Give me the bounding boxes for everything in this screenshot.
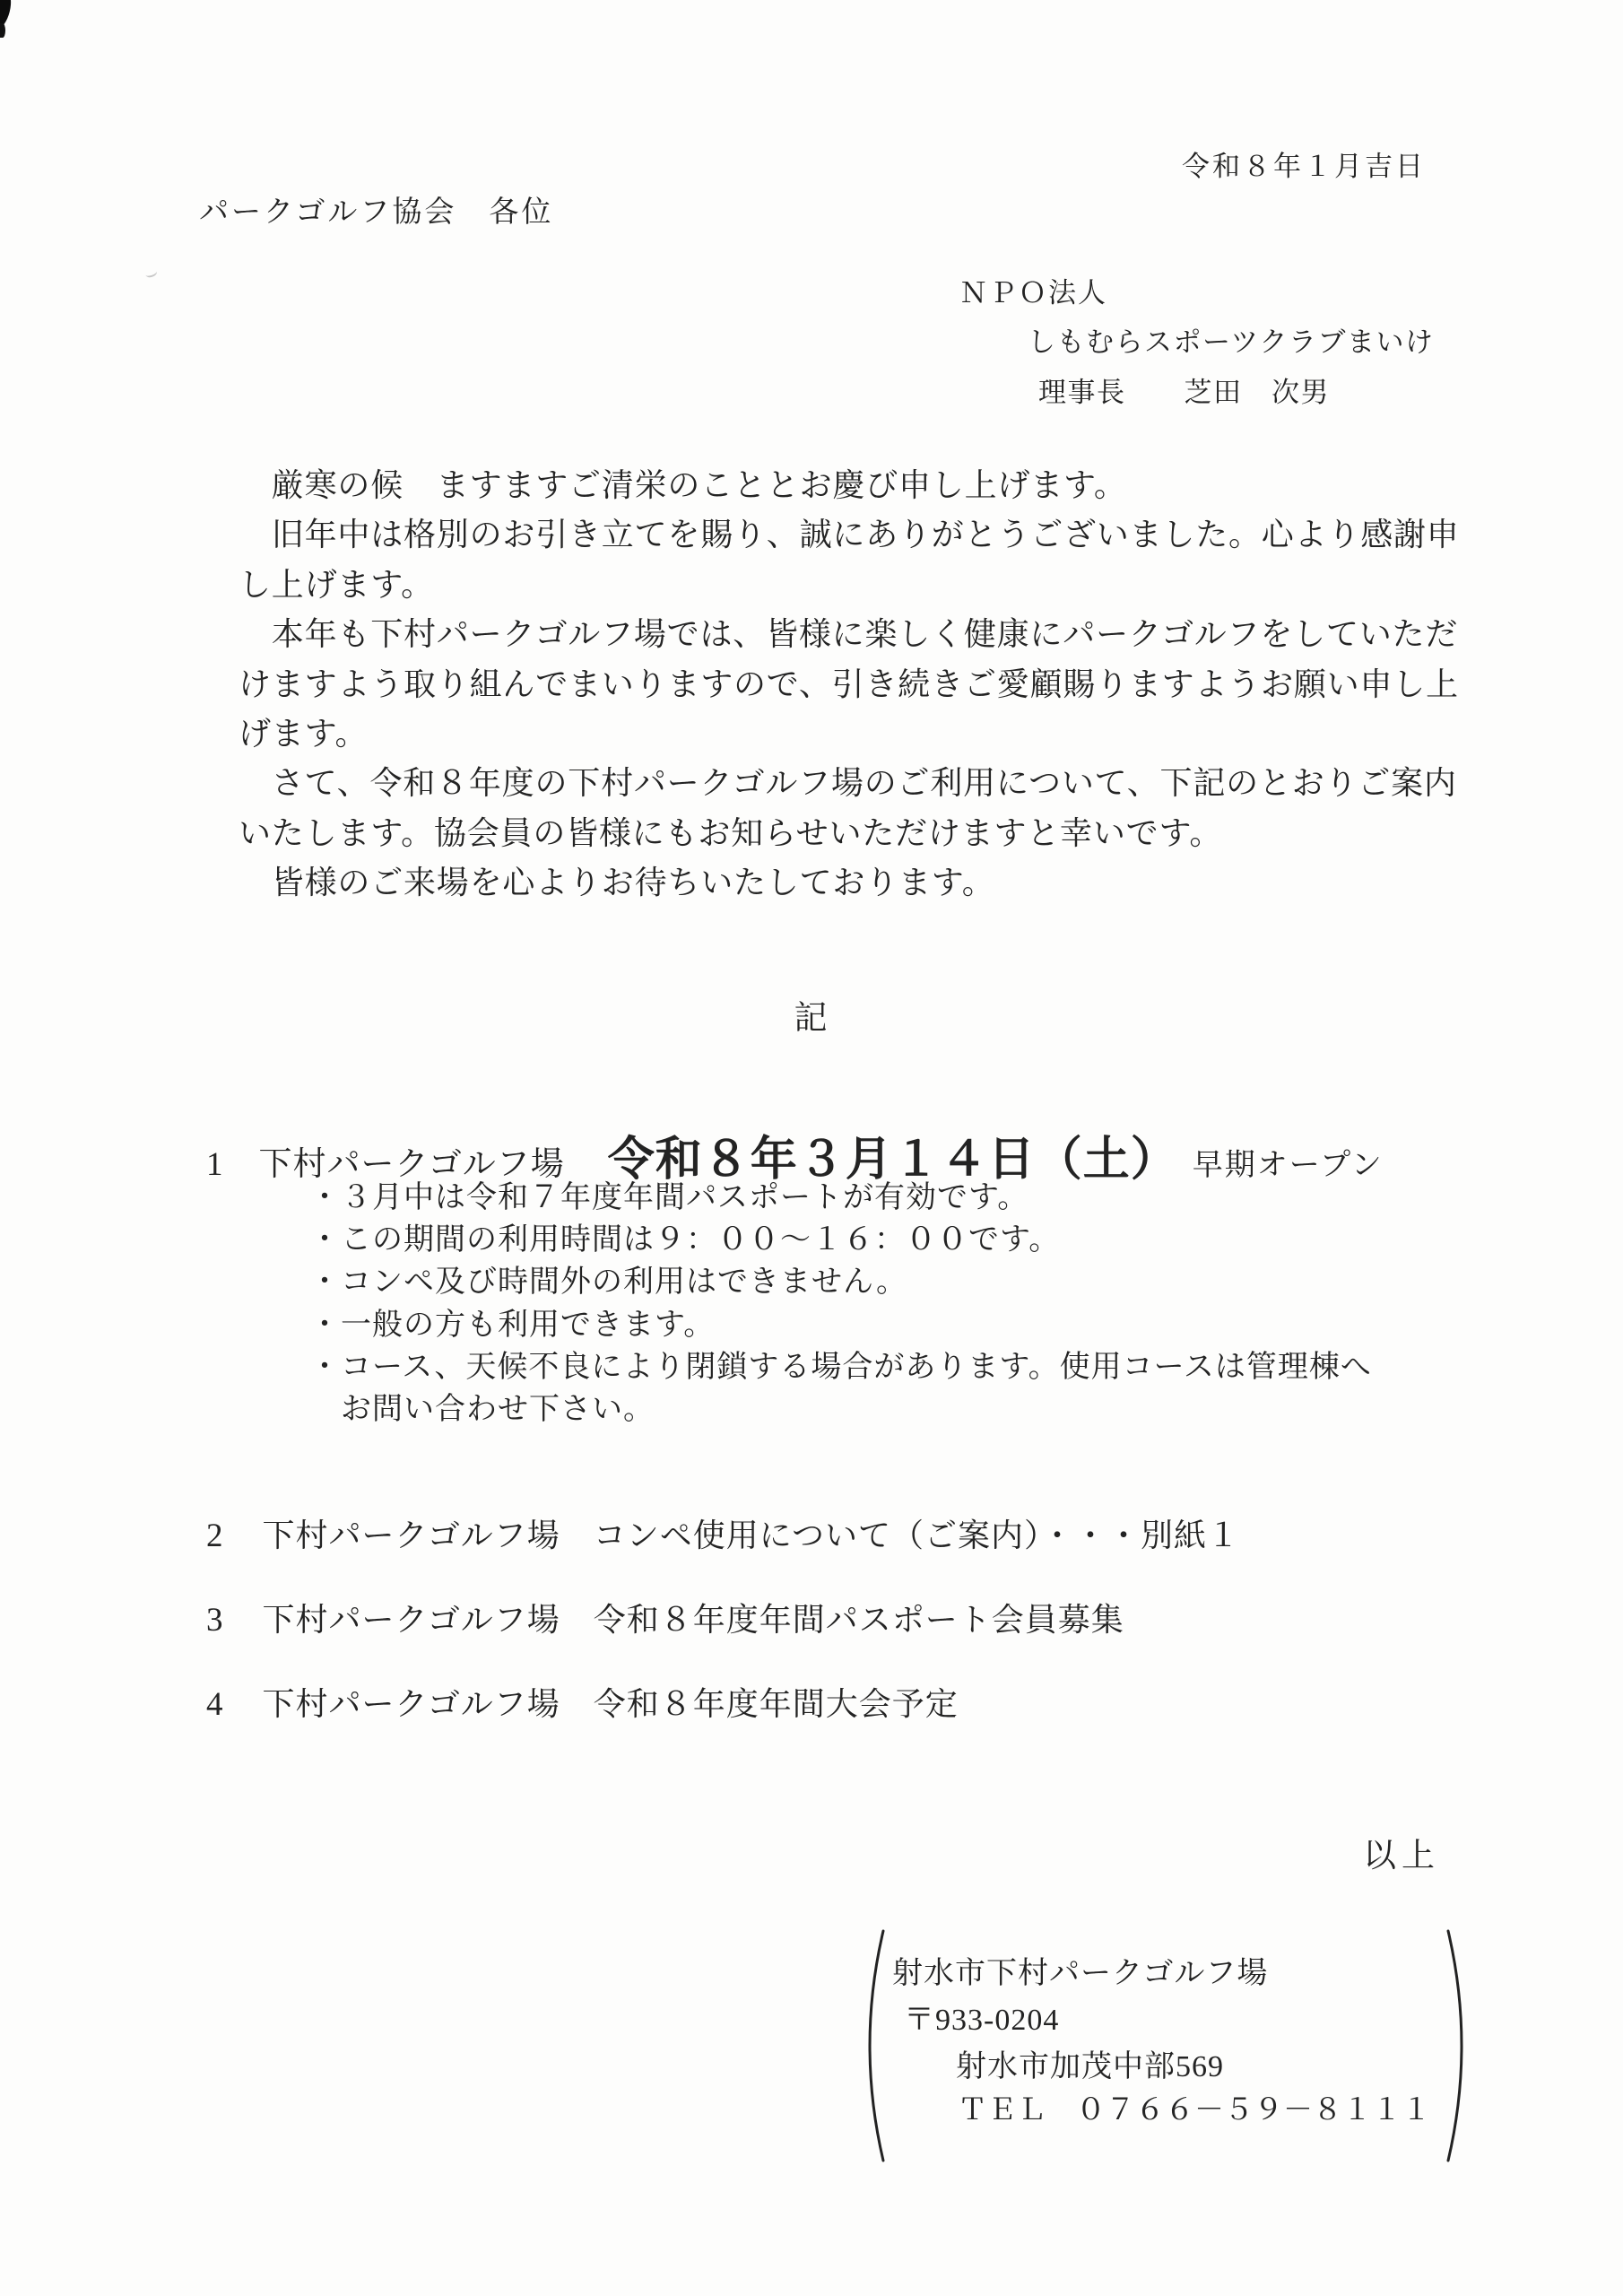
scan-artifact-squiggle	[144, 267, 158, 279]
item-number: 2	[206, 1517, 223, 1555]
list-item-4: 4 下村パークゴルフ場 令和８年度年間大会予定	[206, 1679, 959, 1725]
scan-artifact-corner	[0, 23, 5, 38]
note-line: ・一般の方も利用できます。	[309, 1304, 1372, 1346]
item-number: 4	[206, 1685, 223, 1724]
list-item-3: 3 下村パークゴルフ場 令和８年度年間パスポート会員募集	[206, 1595, 1124, 1640]
bracket-right	[1444, 1928, 1480, 2163]
note-line: ・３月中は令和７年度年間パスポートが有効です。	[309, 1177, 1372, 1219]
note-line: お問い合わせ下さい。	[309, 1388, 1372, 1431]
body-line: いたします。協会員の皆様にもお知らせいただけますと幸いです。	[239, 809, 1471, 858]
sender-representative: 理事長 芝田 次男	[1038, 370, 1330, 410]
body-line: さて、令和８年度の下村パークゴルフ場のご利用について、下記のとおりご案内	[239, 759, 1471, 808]
body-line: 皆様のご来場を心よりお待ちいたしております。	[239, 858, 1471, 908]
item-text: 下村パークゴルフ場 令和８年度年間大会予定	[263, 1679, 959, 1725]
record-marker: 記	[0, 990, 1623, 1039]
bracket-left	[852, 1928, 888, 2163]
contact-telephone: ＴＥＬ ０７６６－５９－８１１１	[958, 2086, 1431, 2128]
closing-text: 以上	[1363, 1828, 1440, 1876]
sender-org-name: しもむらスポーツクラブまいけ	[1028, 319, 1434, 360]
body-line: げます。	[239, 709, 1471, 759]
body-line: 本年も下村パークゴルフ場では、皆様に楽しく健康にパークゴルフをしていただ	[239, 610, 1471, 659]
body-line: し上げます。	[239, 561, 1471, 610]
item-1-notes: ・３月中は令和７年度年間パスポートが有効です。 ・この期間の利用時間は９：００～…	[309, 1177, 1372, 1431]
contact-address: 射水市加茂中部569	[956, 2041, 1224, 2085]
recipient-line: パークゴルフ協会 各位	[199, 188, 553, 230]
letter-body: 厳寒の候 ますますご清栄のこととお慶び申し上げます。 旧年中は格別のお引き立てを…	[239, 461, 1471, 909]
sender-org-type: ＮＰＯ法人	[959, 270, 1107, 310]
note-line: ・コンペ及び時間外の利用はできません。	[309, 1261, 1372, 1303]
contact-name: 射水市下村パークゴルフ場	[892, 1948, 1268, 1992]
list-item-2: 2 下村パークゴルフ場 コンペ使用について（ご案内）・・・別紙１	[206, 1510, 1240, 1556]
body-line: 旧年中は格別のお引き立てを賜り、誠にありがとうございました。心より感謝申	[239, 510, 1471, 560]
item-number: 1	[206, 1145, 223, 1184]
contact-postal-code: 〒933-0204	[904, 1995, 1059, 2039]
note-line: ・この期間の利用時間は９：００～１６：００です。	[309, 1219, 1372, 1261]
document-page: 令和８年１月吉日 パークゴルフ協会 各位 ＮＰＯ法人 しもむらスポーツクラブまい…	[0, 0, 1623, 2296]
body-line: けますよう取り組んでまいりますので、引き続きご愛顧賜りますようお願い申し上	[239, 660, 1471, 709]
item-number: 3	[206, 1601, 223, 1639]
item-text: 下村パークゴルフ場 コンペ使用について（ご案内）・・・別紙１	[263, 1510, 1241, 1556]
contact-card: 射水市下村パークゴルフ場 〒933-0204 射水市加茂中部569 ＴＥＬ ０７…	[852, 1928, 1480, 2163]
note-line: ・コース、天候不良により閉鎖する場合があります。使用コースは管理棟へ	[309, 1346, 1372, 1388]
item-text: 下村パークゴルフ場 令和８年度年間パスポート会員募集	[263, 1595, 1124, 1640]
body-line: 厳寒の候 ますますご清栄のこととお慶び申し上げます。	[239, 461, 1471, 510]
date-line: 令和８年１月吉日	[1182, 143, 1426, 184]
